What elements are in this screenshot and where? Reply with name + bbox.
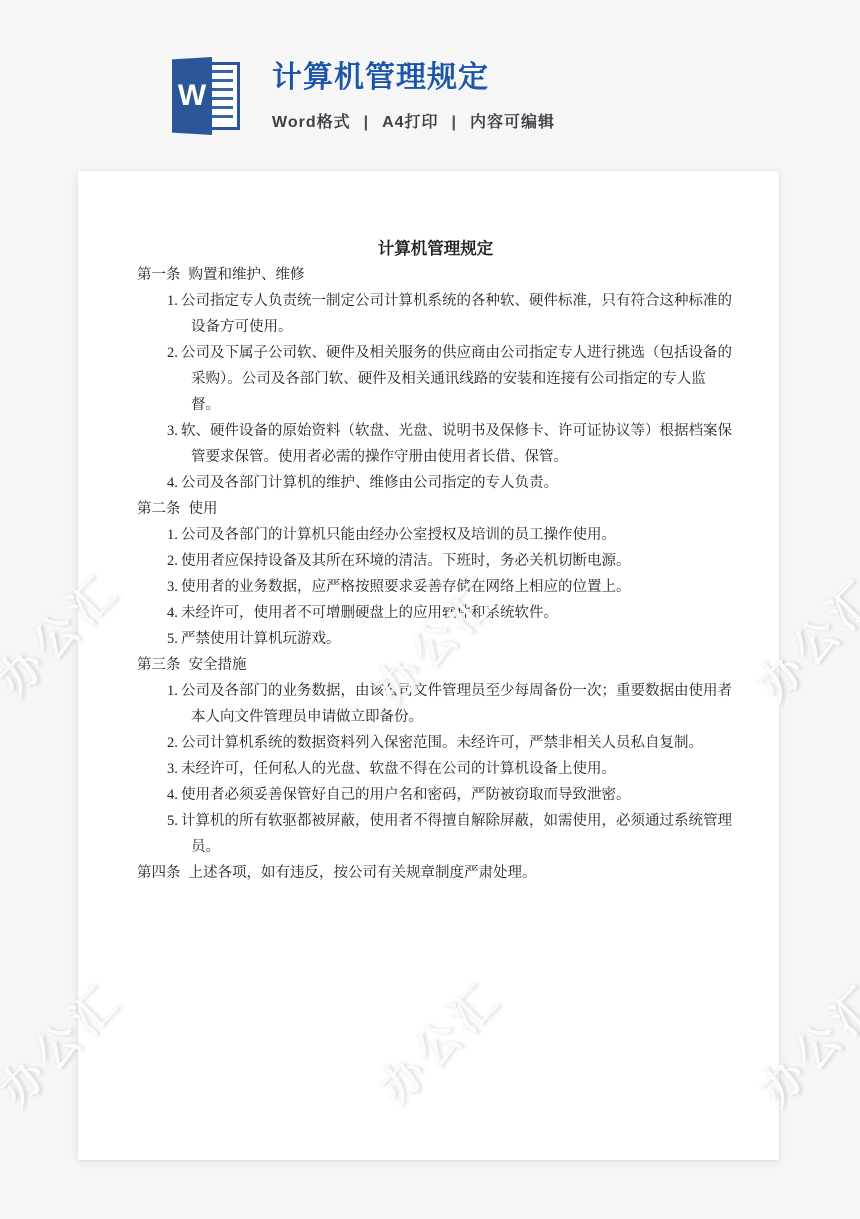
list-item: 1.公司指定专人负责统一制定公司计算机系统的各种软、硬件标准，只有符合这种标准的… [137, 288, 734, 340]
subtitle-separator: | [439, 114, 470, 131]
item-number: 2. [167, 340, 181, 366]
word-icon: W [172, 57, 242, 135]
item-number: 5. [167, 808, 181, 834]
section-heading: 第四条上述各项，如有违反，按公司有关规章制度严肃处理。 [137, 860, 734, 886]
document-title: 计算机管理规定 [137, 236, 734, 262]
list-item: 4.未经许可，使用者不可增删硬盘上的应用软件和系统软件。 [137, 600, 734, 626]
item-text: 公司指定专人负责统一制定公司计算机系统的各种软、硬件标准，只有符合这种标准的设备… [181, 293, 732, 335]
item-text: 使用者应保持设备及其所在环境的清洁。下班时，务必关机切断电源。 [181, 553, 631, 569]
item-text: 公司计算机系统的数据资料列入保密范围。未经许可，严禁非相关人员私自复制。 [181, 735, 703, 751]
list-item: 4.使用者必须妥善保管好自己的用户名和密码，严防被窃取而导致泄密。 [137, 782, 734, 808]
item-text: 未经许可，任何私人的光盘、软盘不得在公司的计算机设备上使用。 [181, 761, 616, 777]
document-section: 第二条使用1.公司及各部门的计算机只能由经办公室授权及培训的员工操作使用。2.使… [137, 496, 734, 652]
item-text: 公司及各部门计算机的维护、维修由公司指定的专人负责。 [181, 475, 558, 491]
list-item: 4.公司及各部门计算机的维护、维修由公司指定的专人负责。 [137, 470, 734, 496]
subtitle-print: A4打印 [382, 114, 438, 131]
item-number: 1. [167, 678, 181, 704]
item-number: 3. [167, 574, 181, 600]
subtitle-format: Word格式 [272, 114, 351, 131]
section-heading: 第三条安全措施 [137, 652, 734, 678]
document-page: 计算机管理规定 第一条购置和维护、维修1.公司指定专人负责统一制定公司计算机系统… [78, 171, 779, 1160]
document-section: 第四条上述各项，如有违反，按公司有关规章制度严肃处理。 [137, 860, 734, 886]
section-number: 第三条 [137, 657, 181, 673]
section-number: 第二条 [137, 501, 181, 517]
section-number: 第四条 [137, 865, 181, 881]
template-preview-screen: { "header": { "title": "计算机管理规定", "subti… [0, 0, 860, 1219]
section-title: 购置和维护、维修 [189, 267, 305, 283]
document-section: 第三条安全措施1.公司及各部门的业务数据，由该公司文件管理员至少每周备份一次；重… [137, 652, 734, 860]
page-title: 计算机管理规定 [272, 52, 555, 96]
item-text: 严禁使用计算机玩游戏。 [181, 631, 341, 647]
header-text: 计算机管理规定 Word格式|A4打印|内容可编辑 [272, 52, 555, 132]
header-subtitle: Word格式|A4打印|内容可编辑 [272, 109, 555, 132]
list-item: 3.使用者的业务数据，应严格按照要求妥善存储在网络上相应的位置上。 [137, 574, 734, 600]
item-text: 计算机的所有软驱都被屏蔽，使用者不得擅自解除屏蔽，如需使用，必须通过系统管理员。 [181, 813, 732, 855]
list-item: 3.未经许可，任何私人的光盘、软盘不得在公司的计算机设备上使用。 [137, 756, 734, 782]
item-number: 3. [167, 756, 181, 782]
subtitle-editable: 内容可编辑 [470, 114, 555, 131]
header: W 计算机管理规定 Word格式|A4打印|内容可编辑 [0, 0, 860, 160]
list-item: 2.使用者应保持设备及其所在环境的清洁。下班时，务必关机切断电源。 [137, 548, 734, 574]
list-item: 5.严禁使用计算机玩游戏。 [137, 626, 734, 652]
list-item: 2.公司计算机系统的数据资料列入保密范围。未经许可，严禁非相关人员私自复制。 [137, 730, 734, 756]
item-text: 软、硬件设备的原始资料（软盘、光盘、说明书及保修卡、许可证协议等）根据档案保管要… [181, 423, 732, 465]
section-heading: 第一条购置和维护、维修 [137, 262, 734, 288]
section-title: 上述各项，如有违反，按公司有关规章制度严肃处理。 [189, 865, 537, 881]
item-text: 使用者的业务数据，应严格按照要求妥善存储在网络上相应的位置上。 [181, 579, 631, 595]
item-number: 4. [167, 782, 181, 808]
item-text: 公司及各部门的计算机只能由经办公室授权及培训的员工操作使用。 [181, 527, 616, 543]
section-number: 第一条 [137, 267, 181, 283]
section-heading: 第二条使用 [137, 496, 734, 522]
list-item: 1.公司及各部门的计算机只能由经办公室授权及培训的员工操作使用。 [137, 522, 734, 548]
section-title: 使用 [189, 501, 218, 517]
item-number: 4. [167, 600, 181, 626]
subtitle-separator: | [351, 114, 382, 131]
document-section: 第一条购置和维护、维修1.公司指定专人负责统一制定公司计算机系统的各种软、硬件标… [137, 262, 734, 496]
item-number: 2. [167, 730, 181, 756]
item-number: 5. [167, 626, 181, 652]
list-item: 1.公司及各部门的业务数据，由该公司文件管理员至少每周备份一次；重要数据由使用者… [137, 678, 734, 730]
list-item: 2.公司及下属子公司软、硬件及相关服务的供应商由公司指定专人进行挑选（包括设备的… [137, 340, 734, 418]
item-number: 1. [167, 522, 181, 548]
list-item: 3.软、硬件设备的原始资料（软盘、光盘、说明书及保修卡、许可证协议等）根据档案保… [137, 418, 734, 470]
item-number: 3. [167, 418, 181, 444]
item-text: 公司及下属子公司软、硬件及相关服务的供应商由公司指定专人进行挑选（包括设备的采购… [181, 345, 732, 413]
word-icon-letter: W [172, 57, 212, 135]
item-number: 4. [167, 470, 181, 496]
item-number: 2. [167, 548, 181, 574]
item-number: 1. [167, 288, 181, 314]
item-text: 未经许可，使用者不可增删硬盘上的应用软件和系统软件。 [181, 605, 558, 621]
list-item: 5.计算机的所有软驱都被屏蔽，使用者不得擅自解除屏蔽，如需使用，必须通过系统管理… [137, 808, 734, 860]
section-title: 安全措施 [189, 657, 247, 673]
item-text: 使用者必须妥善保管好自己的用户名和密码，严防被窃取而导致泄密。 [181, 787, 631, 803]
document-body: 第一条购置和维护、维修1.公司指定专人负责统一制定公司计算机系统的各种软、硬件标… [137, 262, 734, 886]
item-text: 公司及各部门的业务数据，由该公司文件管理员至少每周备份一次；重要数据由使用者本人… [181, 683, 732, 725]
